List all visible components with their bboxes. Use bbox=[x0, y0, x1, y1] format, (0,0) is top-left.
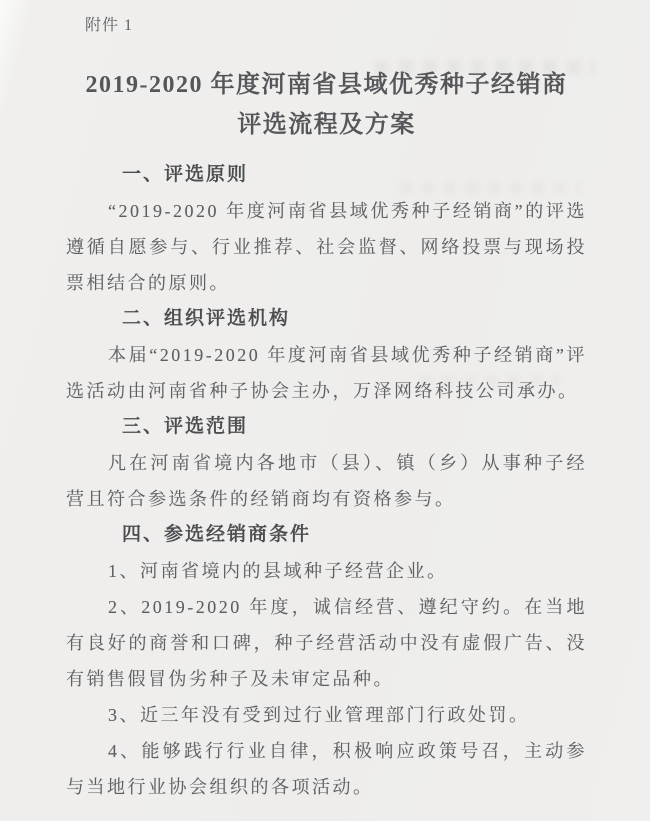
requirement-item-4: 4、能够践行行业自律，积极响应政策号召，主动参与当地行业协会组织的各项活动。 bbox=[66, 733, 587, 805]
section-heading-3: 三、评选范围 bbox=[122, 409, 587, 445]
section-1-paragraph: “2019-2020 年度河南省县域优秀种子经销商”的评选遵循自愿参与、行业推荐… bbox=[66, 193, 587, 301]
attachment-label: 附件 1 bbox=[85, 14, 587, 38]
section-heading-1: 一、评选原则 bbox=[122, 157, 587, 193]
requirement-item-3: 3、近三年没有受到过行业管理部门行政处罚。 bbox=[66, 697, 587, 733]
section-2-paragraph: 本届“2019-2020 年度河南省县域优秀种子经销商”评选活动由河南省种子协会… bbox=[66, 337, 587, 409]
section-heading-4: 四、参选经销商条件 bbox=[122, 517, 587, 553]
document-title-line2: 评选流程及方案 bbox=[66, 105, 587, 145]
section-dealer-requirements: 四、参选经销商条件 1、河南省境内的县域种子经营企业。 2、2019-2020 … bbox=[66, 517, 587, 805]
section-heading-2: 二、组织评选机构 bbox=[122, 301, 587, 337]
section-3-paragraph: 凡在河南省境内各地市（县）、镇（乡）从事种子经营且符合参选条件的经销商均有资格参… bbox=[66, 445, 587, 517]
document-title-line1: 2019-2020 年度河南省县域优秀种子经销商 bbox=[66, 65, 587, 105]
requirement-item-1: 1、河南省境内的县域种子经营企业。 bbox=[66, 553, 587, 589]
document-title: 2019-2020 年度河南省县域优秀种子经销商 评选流程及方案 bbox=[66, 65, 587, 145]
section-selection-principles: 一、评选原则 “2019-2020 年度河南省县域优秀种子经销商”的评选遵循自愿… bbox=[66, 157, 587, 301]
section-selection-scope: 三、评选范围 凡在河南省境内各地市（县）、镇（乡）从事种子经营且符合参选条件的经… bbox=[66, 409, 587, 517]
document-page: 附件 1 2019-2020 年度河南省县域优秀种子经销商 评选流程及方案 一、… bbox=[0, 0, 650, 821]
section-organizing-bodies: 二、组织评选机构 本届“2019-2020 年度河南省县域优秀种子经销商”评选活… bbox=[66, 301, 587, 409]
requirement-item-2: 2、2019-2020 年度，诚信经营、遵纪守约。在当地有良好的商誉和口碑，种子… bbox=[66, 589, 587, 697]
